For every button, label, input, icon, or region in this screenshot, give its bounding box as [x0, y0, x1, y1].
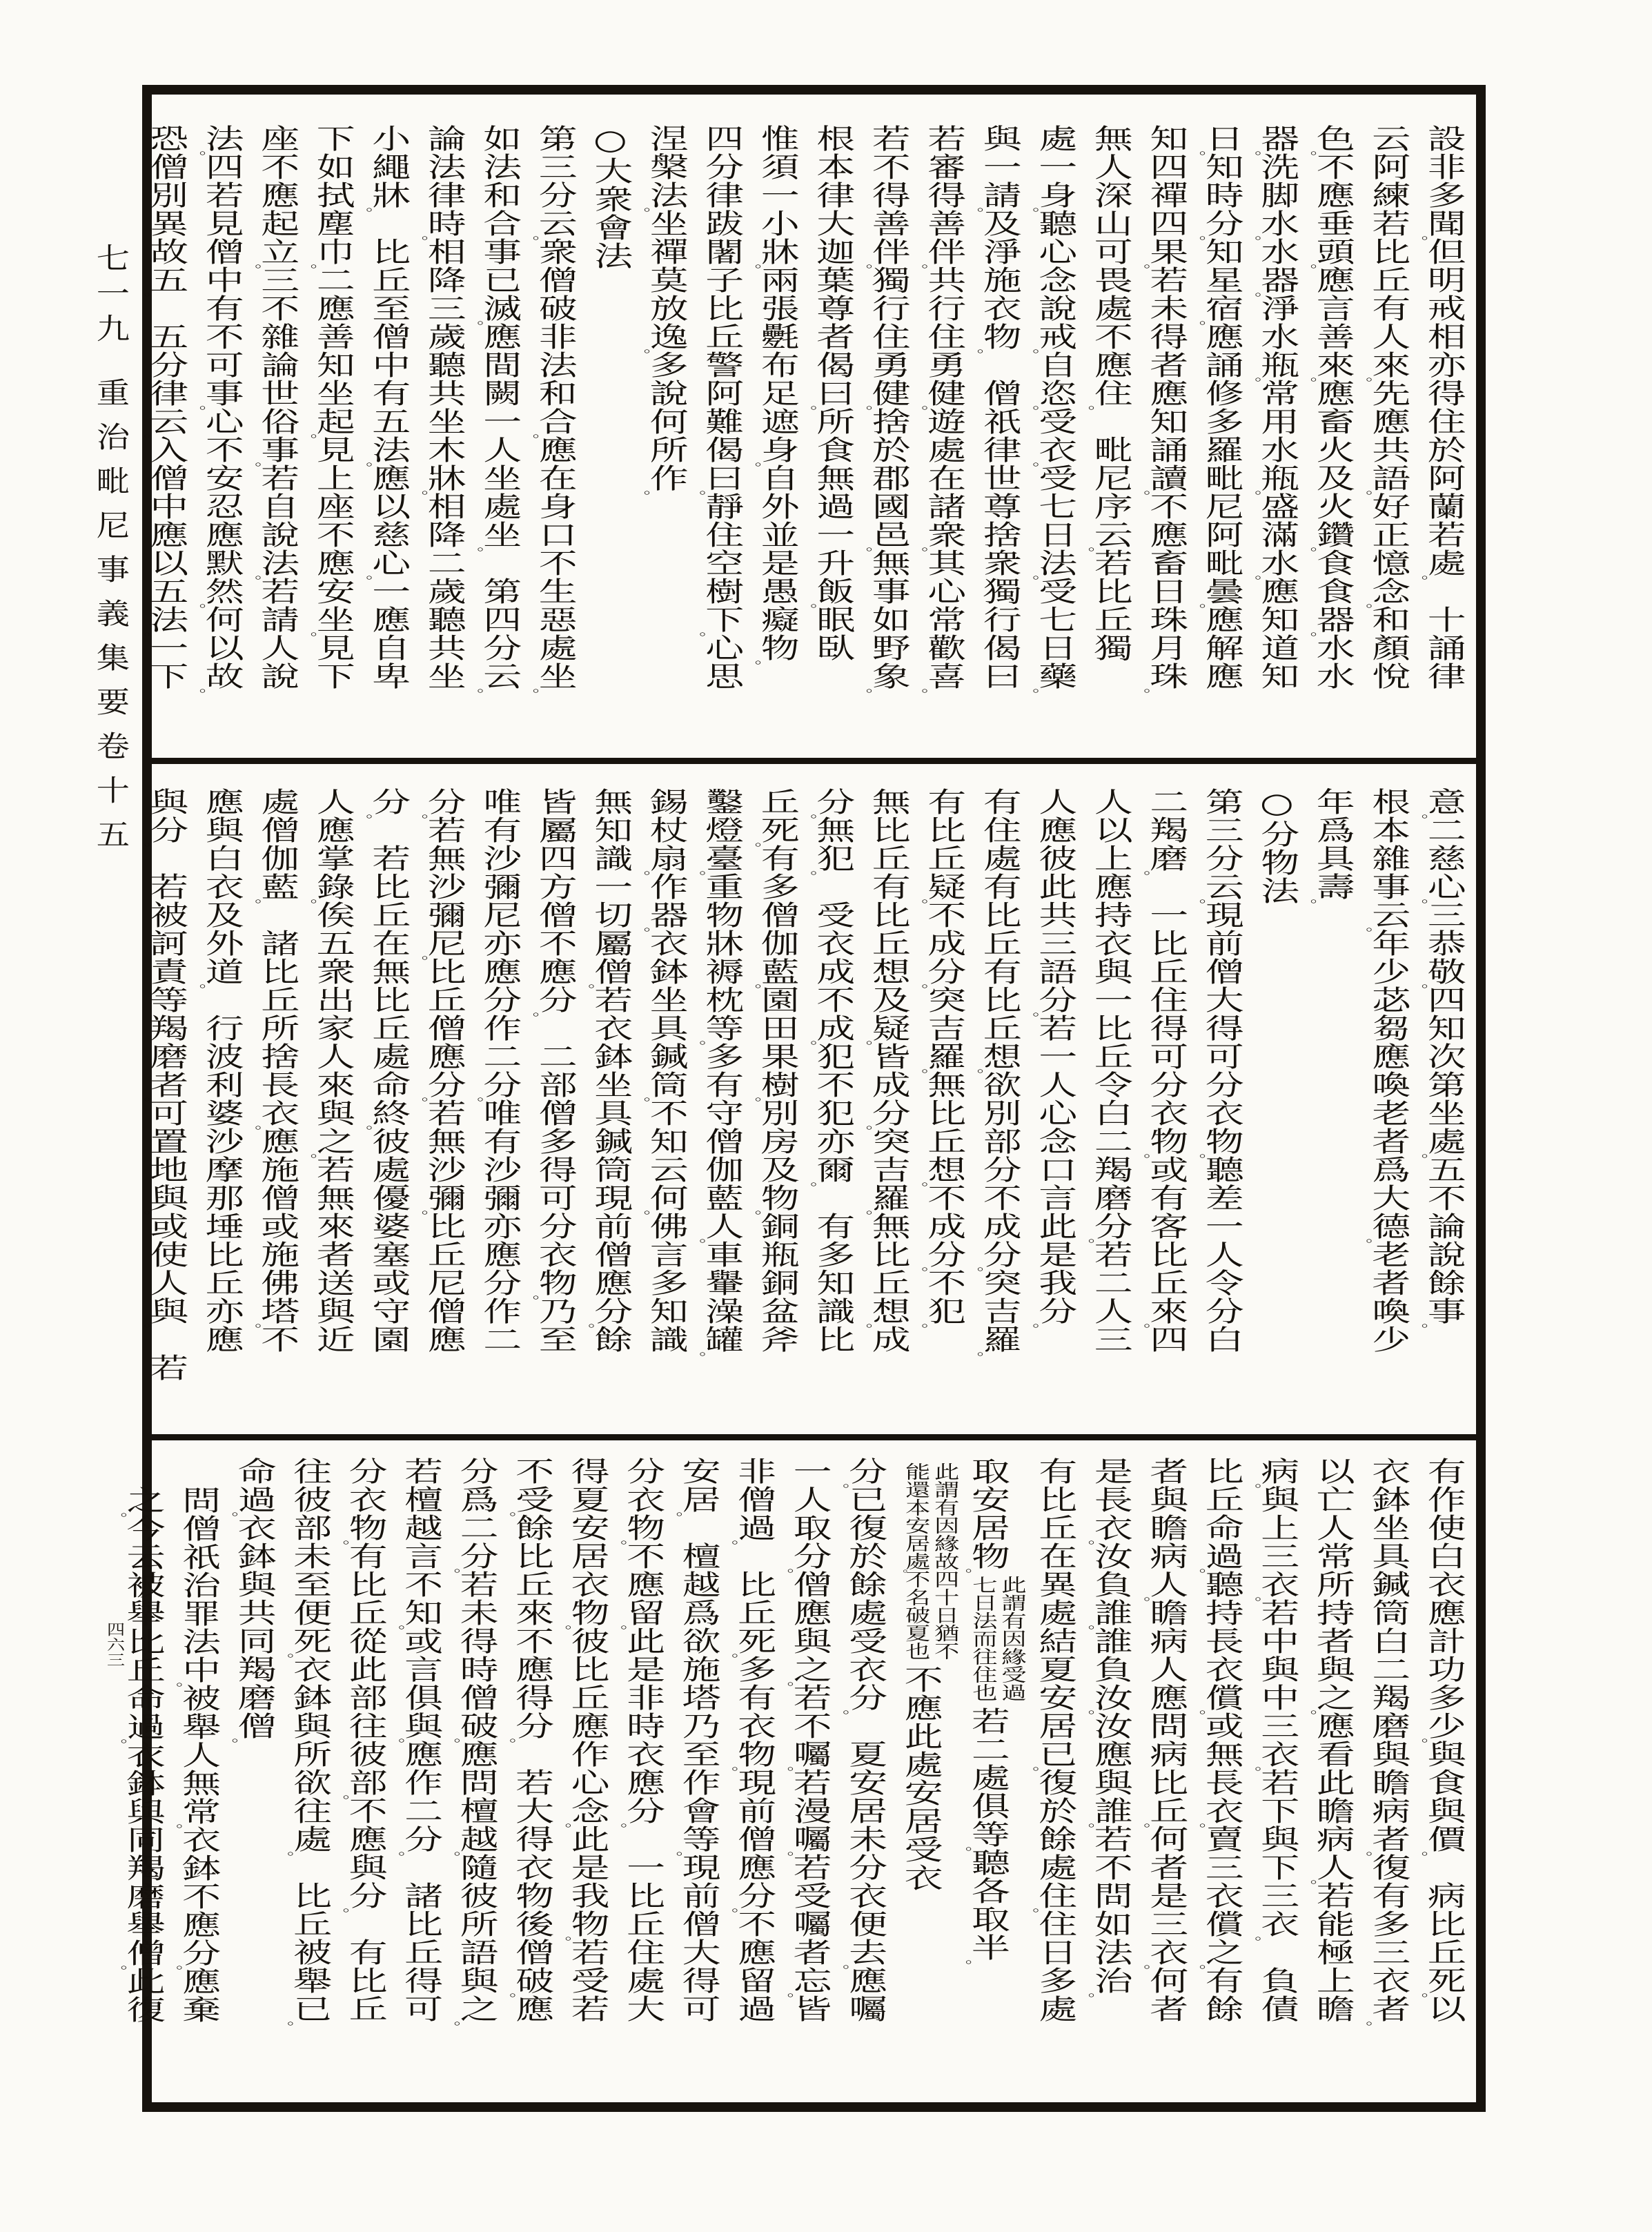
text-column: 非僧過。 比丘死。多有衣物。現前僧應分。不應留過 [725, 1457, 781, 2102]
text-column: 病。與上三衣。若中與中三衣。若下與下三衣。 負債 [1248, 1457, 1304, 2102]
text-column: 分。 若比丘在無比丘處命終。彼處優婆塞或守園 [360, 787, 415, 1434]
text-column: 分衣物。不應留。此是非時衣應分。 一比丘住處大 [614, 1457, 670, 2102]
column-text-segment: 不應此處安居受衣 [898, 1665, 943, 1892]
text-band-upper: 設非多聞。但明戒相亦得住於阿蘭若處。 十誦律云阿練若比丘有人來。先應共語。好正憶… [152, 95, 1476, 758]
text-column: 往彼部未至便死。衣鉢與所欲往處。 比丘被舉已。 [281, 1457, 337, 2102]
text-column: 小繩牀。 比丘至僧中有五法。應以慈心。一應自卑 [360, 124, 415, 758]
text-column: 人應掌錄。俟五衆出家人來與之。若無來者送與近 [304, 787, 360, 1434]
text-column: 涅槃法。坐禪莫放逸。多說何所作。 [638, 124, 694, 758]
text-column: ○大衆會法 [582, 124, 638, 758]
text-column: 法。四若見僧中有不可事。心不安忍應默然。何以故。 [193, 124, 249, 758]
text-band-middle: 意。二慈心。三恭敬。四知次第坐處。五不論說餘事。根本雜事云。年少苾芻應喚老者爲大… [152, 764, 1476, 1434]
text-column: 座不應起立。三不雜論世俗事。若自說法。若請人說 [248, 124, 304, 758]
text-band-lower-columns: 有作使白衣應計功多少。與食與價。 病比丘死。以衣鉢坐具鍼筒白二羯磨與瞻病者。復有… [137, 1440, 1471, 2102]
scanned-page: 七一九重治毗尼事義集要卷十五 四六三 設非多聞。但明戒相亦得住於阿蘭若處。 十誦… [0, 0, 1652, 2232]
text-column: 年爲具壽。 [1304, 787, 1360, 1434]
text-column: 唯有沙彌尼亦應分作二分。唯有沙彌亦應分作二 [471, 787, 527, 1434]
interlinear-note-line: 此謂有因緣受過 [997, 1576, 1026, 1701]
text-column: 有比丘在異處結夏安居已。復於餘處住。住日多處 [1026, 1457, 1082, 2102]
text-column: 與一請。及淨施衣物。 僧祇律世尊捨衆獨行偈曰 [971, 124, 1027, 758]
band-divider [152, 1434, 1476, 1440]
text-column: 分。若無沙彌尼。比丘僧應分。若無沙彌。比丘尼僧應 [415, 787, 471, 1434]
text-column: 比丘命過。聽持長衣償。或無長衣。賣三衣償之。有餘 [1193, 1457, 1249, 2102]
text-column: 意。二慈心。三恭敬。四知次第坐處。五不論說餘事。 [1415, 787, 1471, 1434]
text-column: 無人深山可畏處不應住。 毗尼序云。若比丘獨 [1082, 124, 1138, 758]
interlinear-note-line: 此謂有因緣故四十日猶不 [930, 1462, 959, 1660]
text-column: 根本律大迦葉尊者偈曰。所食無過一升飯。眠臥 [804, 124, 860, 758]
text-column: 是長衣。汝負誰。誰負汝。汝應與誰。若不問如法治。 [1082, 1457, 1138, 2102]
text-column: 恐僧別異故五。 五分律云。入僧中應以五法。一下 [137, 124, 193, 758]
text-column: 第三分云。現前僧大得可分衣物。聽差一人令分白 [1193, 787, 1249, 1434]
text-column: 惟須一小牀。兩張氎布足遮身。自外並是愚癡物。 [749, 124, 805, 758]
text-column: 一人取分。僧應與之。若不囑。若漫囑。若受囑者忘。皆 [780, 1457, 836, 2102]
interlinear-note: 此謂有因緣故四十日猶不能還本安居處。不名破夏也 [901, 1462, 959, 1660]
text-column: 者與瞻病人。瞻病人應問病比丘。何者是三衣。何者 [1137, 1457, 1193, 2102]
text-column: 人應彼此共三語分。若一人心念口言此是我分。 [1026, 787, 1082, 1434]
text-column: 取安居物。此謂有因緣受過七日法而往住也若二處俱等。聽各取半。 [959, 1457, 1026, 2102]
text-column: 問僧祇治罪法中。被舉人無常。衣鉢不應分。應棄 [170, 1457, 226, 2102]
text-column: 云阿練若比丘有人來。先應共語。好正憶念。和顏悅 [1359, 124, 1415, 758]
text-column: 此謂有因緣故四十日猶不能還本安居處。不名破夏也不應此處安居受衣 [892, 1457, 958, 2102]
text-column: 鑿燈臺。重物牀褥枕等。多有守僧伽藍人。車轝澡罐。 [693, 787, 749, 1434]
text-column: 處僧伽藍。 諸比丘所捨長衣。應施僧或施佛塔。不 [248, 787, 304, 1434]
text-column: 分衣物。有比丘從此部往彼部。不應與分。 有比丘 [336, 1457, 392, 2102]
text-column: 知四禪四果。若未得者應知誦讀。不應畜日珠月珠。 [1137, 124, 1193, 758]
text-column: 如法和合事已滅。應間闕一人坐處坐。 第四分云。 [471, 124, 527, 758]
text-column: 安居。 檀越爲欲施塔乃至作會等。現前僧大得可 [669, 1457, 725, 2102]
column-text-segment: 取安居物。 [965, 1457, 1010, 1570]
text-column: 得夏安居衣物。彼比丘應作心念。此是我物。若受若 [558, 1457, 614, 2102]
text-column: 丘死。有多僧伽藍。園田果樹。別房及物。銅瓶銅盆斧 [749, 787, 805, 1434]
column-text-segment: 若二處俱等。聽各取半。 [965, 1707, 1010, 1961]
text-column: 四分律跋闍子比丘警阿難偈曰。靜住空樹下。心思 [693, 124, 749, 758]
interlinear-note-line: 能還本安居處。不名破夏也 [901, 1462, 930, 1660]
text-column: 日。知時分。知星宿。應誦修多羅毗尼阿毗曇。應解應 [1193, 124, 1249, 758]
text-column: 不受。餘比丘來不應得分。 若大得衣物後僧破。應 [503, 1457, 559, 2102]
text-column: 若不得善伴。獨行住勇健。捨於郡國邑。無事如野象。 [860, 124, 916, 758]
text-column: 無比丘有比丘想及疑。皆成分。突吉羅。無比丘想。成 [860, 787, 916, 1434]
text-column: 二羯磨。 一比丘住得可分衣物。或有客比丘來。四 [1137, 787, 1193, 1434]
text-column: 分爲二分。若未得時僧破。應問檀越。隨彼所語與之。 [447, 1457, 502, 2102]
text-column: 錫杖扇。作器。衣鉢坐具鍼筒。不知云何。佛言多知識 [638, 787, 694, 1434]
text-column: 與分。 若被訶責等羯磨者。可置地與。或使人與。 若 [137, 787, 193, 1434]
text-column: 論法律時。相降三歲聽共坐木牀。相降二歲聽共坐 [415, 124, 471, 758]
text-column: 以亡人常所持者與之。應看此瞻病人。若能極上瞻 [1304, 1457, 1360, 2102]
text-column: 若審得善伴。共行住勇健。遊處在諸衆。其心常歡喜。 [915, 124, 971, 758]
text-column: 無知識一切屬僧。若衣鉢坐具鍼筒現前僧應分。餘 [582, 787, 638, 1434]
text-band-upper-columns: 設非多聞。但明戒相亦得住於阿蘭若處。 十誦律云阿練若比丘有人來。先應共語。好正憶… [137, 95, 1471, 758]
folio-number: 七一九 [92, 243, 130, 349]
text-column: 設非多聞。但明戒相亦得住於阿蘭若處。 十誦律 [1415, 124, 1471, 758]
text-column: 分。無犯。 受衣成不成。犯不犯亦爾。 有多知識比 [804, 787, 860, 1434]
volume-title: 重治毗尼事義集要卷十五 [92, 349, 130, 863]
text-column: ○分物法 [1248, 787, 1304, 1434]
text-column: 根本雜事云。年少苾芻應喚老者爲大德。老者喚少 [1359, 787, 1415, 1434]
text-column: 處一身。聽心念說戒。自恣。受衣。受七日法。受七日藥。 [1026, 124, 1082, 758]
text-column: 有作使白衣應計功多少。與食與價。 病比丘死。以 [1415, 1457, 1471, 2102]
text-band-middle-columns: 意。二慈心。三恭敬。四知次第坐處。五不論說餘事。根本雜事云。年少苾芻應喚老者爲大… [137, 764, 1471, 1434]
interlinear-note: 此謂有因緣受過七日法而往住也 [968, 1576, 1026, 1701]
text-column: 分。已復於餘處受衣分。 夏安居未分衣便去。應囑 [836, 1457, 892, 2102]
text-column: 器。洗脚水。水器。淨水瓶。常用水瓶。盛滿水。應知道知 [1248, 124, 1304, 758]
text-band-lower: 有作使白衣應計功多少。與食與價。 病比丘死。以衣鉢坐具鍼筒白二羯磨與瞻病者。復有… [152, 1440, 1476, 2102]
text-column: 有比丘疑。不成分。突吉羅。無比丘想。不成分。不犯。 [915, 787, 971, 1434]
text-column: 之。今云被舉比丘命過。衣鉢與同羯磨舉僧。此復 [114, 1457, 170, 2102]
text-column: 第三分云。衆僧破非法和合。應在身口不生惡處坐。 [527, 124, 582, 758]
text-column: 有住處有比丘有比丘想。欲別部分不成分。突吉羅。 [971, 787, 1027, 1434]
text-column: 色。不應垂頭。應言善來。應畜火及火鑽。食食器。水水 [1304, 124, 1360, 758]
text-column: 人以上應持衣與一比丘令白二羯磨分。若二人三 [1082, 787, 1138, 1434]
margin-label: 七一九重治毗尼事義集要卷十五 [87, 243, 135, 863]
text-frame: 設非多聞。但明戒相亦得住於阿蘭若處。 十誦律云阿練若比丘有人來。先應共語。好正憶… [142, 85, 1486, 2112]
text-column: 應與白衣及外道。 行波利婆沙摩那埵比丘亦應 [193, 787, 249, 1434]
text-column: 若檀越言不知。或言俱與。應作二分。 諸比丘得可 [392, 1457, 448, 2102]
band-divider [152, 758, 1476, 764]
interlinear-note-line: 七日法而往住也 [968, 1576, 997, 1701]
text-column: 下如拭塵巾。二應善知坐起。見上座不應安坐。見下 [304, 124, 360, 758]
text-column: 衣鉢坐具鍼筒白二羯磨與瞻病者。復有多三衣者。 [1359, 1457, 1415, 2102]
text-column: 皆屬四方僧不應分。 二部僧多得可分衣物。乃至 [527, 787, 582, 1434]
text-column: 命過。衣鉢與共同羯磨僧。 [225, 1457, 281, 2102]
